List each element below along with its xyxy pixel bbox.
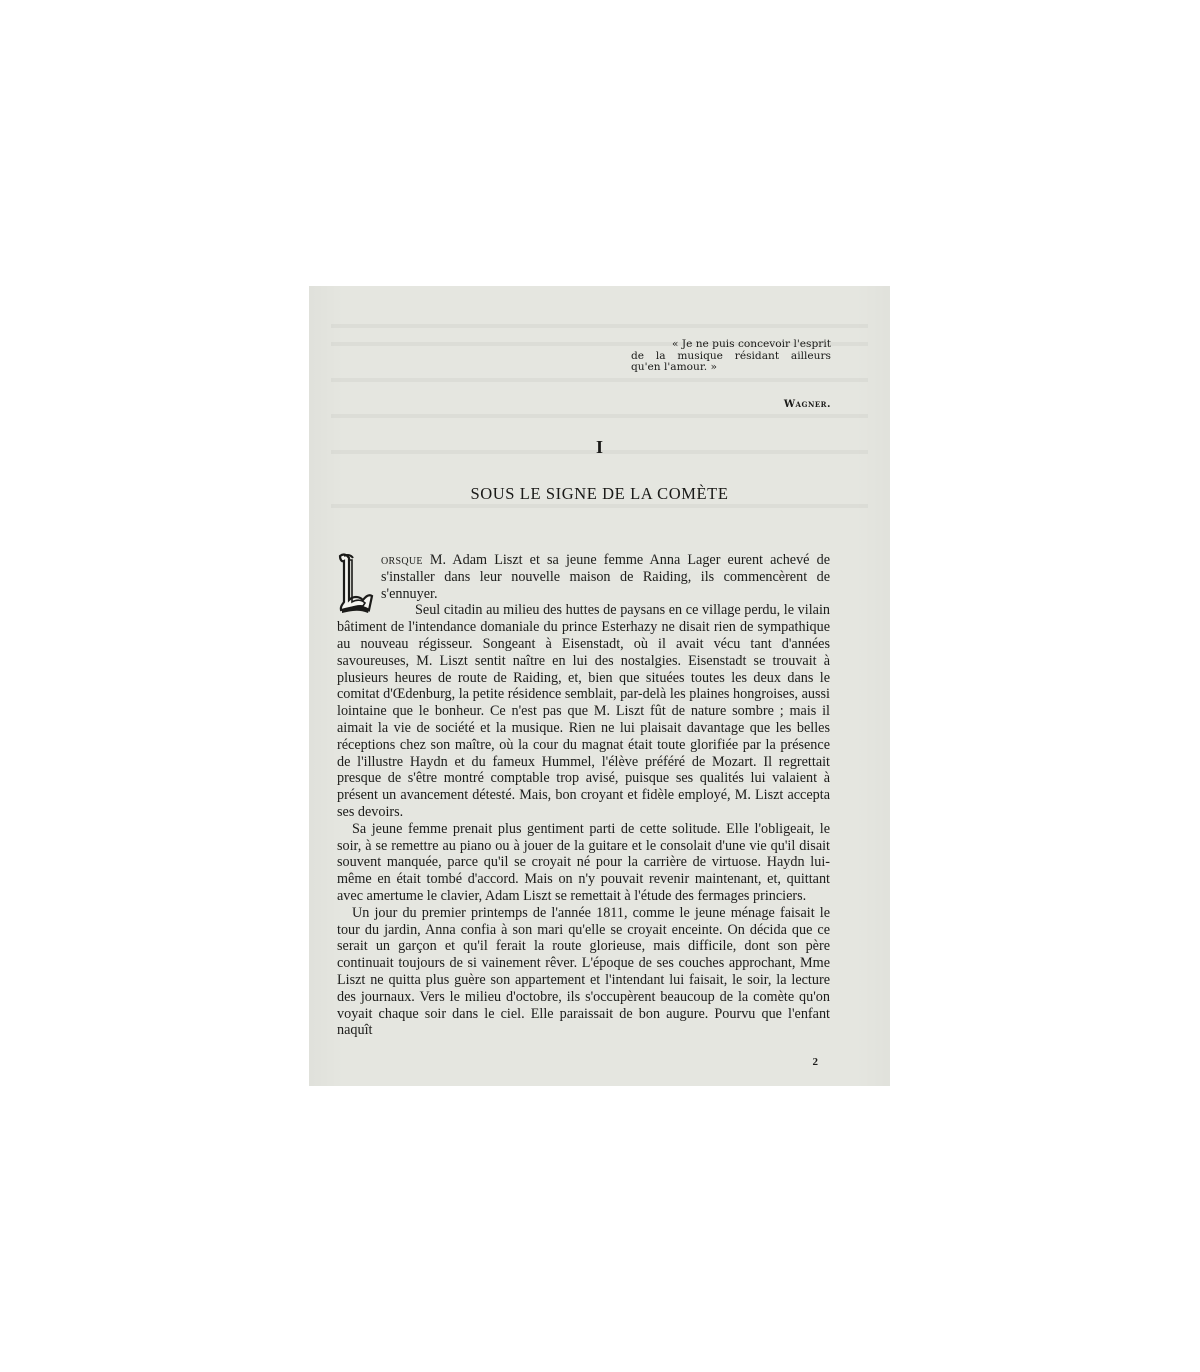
body-text: orsque M. Adam Liszt et sa jeune femme A… (337, 552, 830, 1039)
show-through-line (331, 504, 868, 508)
show-through-line (331, 414, 868, 418)
epigraph-line: « Je ne puis concevoir l'esprit (631, 339, 831, 351)
paragraph: Sa jeune femme prenait plus gentiment pa… (337, 821, 830, 905)
chapter-title: SOUS LE SIGNE DE LA COMÈTE (309, 484, 890, 504)
show-through-line (331, 378, 868, 382)
paragraph-text: M. Adam Liszt et sa jeune femme Anna Lag… (381, 552, 830, 602)
book-page: « Je ne puis concevoir l'esprit de la mu… (309, 286, 890, 1086)
paragraph: orsque M. Adam Liszt et sa jeune femme A… (337, 552, 830, 602)
page-number: 2 (813, 1056, 819, 1068)
epigraph-line: qu'en l'amour. » (631, 362, 831, 374)
show-through-line (331, 324, 868, 328)
epigraph: « Je ne puis concevoir l'esprit de la mu… (631, 339, 831, 374)
lead-smallcaps: orsque (381, 552, 423, 568)
epigraph-author: Wagner. (631, 399, 831, 411)
chapter-number: I (309, 437, 890, 458)
paragraph: Un jour du premier printemps de l'année … (337, 905, 830, 1039)
dropcap-letter-l-icon (335, 552, 375, 616)
paragraph: Seul citadin au milieu des huttes de pay… (337, 602, 830, 820)
